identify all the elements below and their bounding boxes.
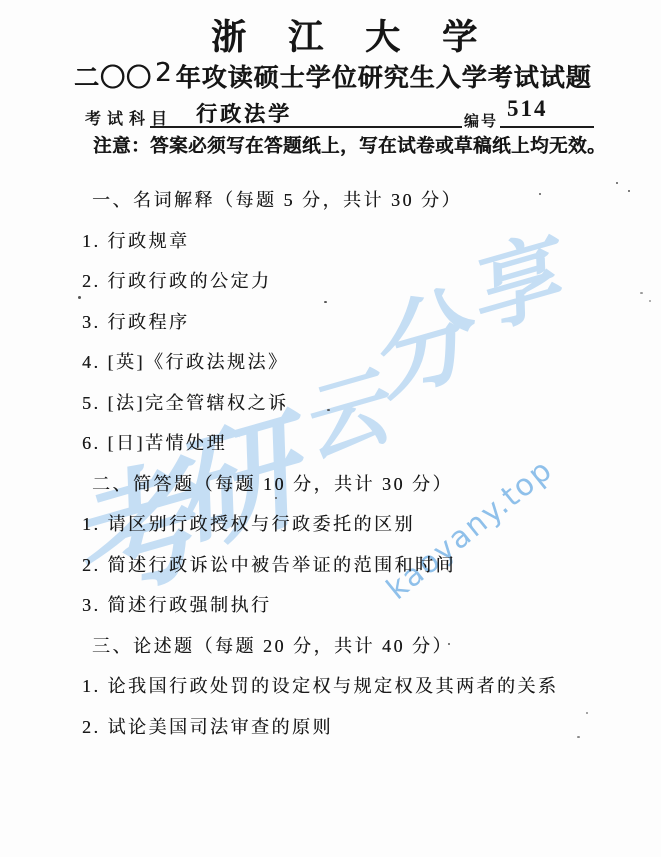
paper-number-label: 编号	[464, 110, 498, 131]
page-title: 浙江大学	[211, 10, 519, 60]
exam-title-suffix: 年攻读硕士学位研究生入学考试试题	[176, 65, 592, 92]
scan-speck	[327, 409, 330, 411]
subject-value: 行政法学	[196, 98, 292, 128]
scan-speck	[539, 193, 541, 195]
watermark-script-char: 享	[457, 232, 568, 343]
scan-speck	[628, 190, 630, 192]
exam-year-prefix: 二〇〇	[74, 65, 152, 92]
scan-speck	[577, 736, 580, 738]
scan-speck	[586, 712, 588, 714]
scan-speck	[78, 296, 81, 299]
question-item: 1. 论我国行政处罚的设定权与规定权及其两者的关系	[82, 672, 559, 698]
scan-speck	[275, 497, 277, 499]
watermark-script-char: 分	[358, 286, 482, 410]
question-item: 3. 行政程序	[82, 308, 190, 334]
question-item: 6. [日]苦情处理	[82, 429, 227, 455]
question-item: 2. 试论美国司法审查的原则	[82, 713, 333, 739]
section-heading-3: 三、论述题（每题 20 分，共计 40 分）	[92, 632, 453, 658]
question-item: 2. 简述行政诉讼中被告举证的范围和时间	[82, 551, 456, 577]
paper-number-value: 514	[507, 96, 548, 122]
scan-speck	[448, 643, 450, 645]
question-item: 1. 行政规章	[82, 227, 190, 253]
section-heading-2: 二、简答题（每题 10 分，共计 30 分）	[92, 470, 453, 496]
question-item: 1. 请区别行政授权与行政委托的区别	[82, 510, 415, 536]
scan-speck	[649, 300, 651, 302]
exam-paper-page: 考 研 云 分 享 kaoyany.top 浙江大学 二〇〇2年攻读硕士学位研究…	[0, 0, 661, 857]
question-item: 2. 行政行政的公定力	[82, 267, 272, 293]
exam-year-digit: 2	[152, 58, 176, 88]
question-item: 4. [英]《行政法规法》	[82, 348, 289, 374]
question-item: 5. [法]完全管辖权之诉	[82, 389, 289, 415]
notice-text: 注意：答案必须写在答题纸上，写在试卷或草稿纸上均无效。	[93, 132, 606, 158]
scan-speck	[324, 301, 327, 303]
scan-speck	[640, 292, 643, 294]
exam-session-line: 二〇〇2年攻读硕士学位研究生入学考试试题	[74, 58, 592, 94]
scan-speck	[616, 182, 618, 184]
paper-number-underline	[500, 126, 594, 128]
question-item: 3. 简述行政强制执行	[82, 591, 272, 617]
watermark-script-char: 云	[291, 366, 396, 471]
section-heading-1: 一、名词解释（每题 5 分，共计 30 分）	[92, 186, 462, 212]
